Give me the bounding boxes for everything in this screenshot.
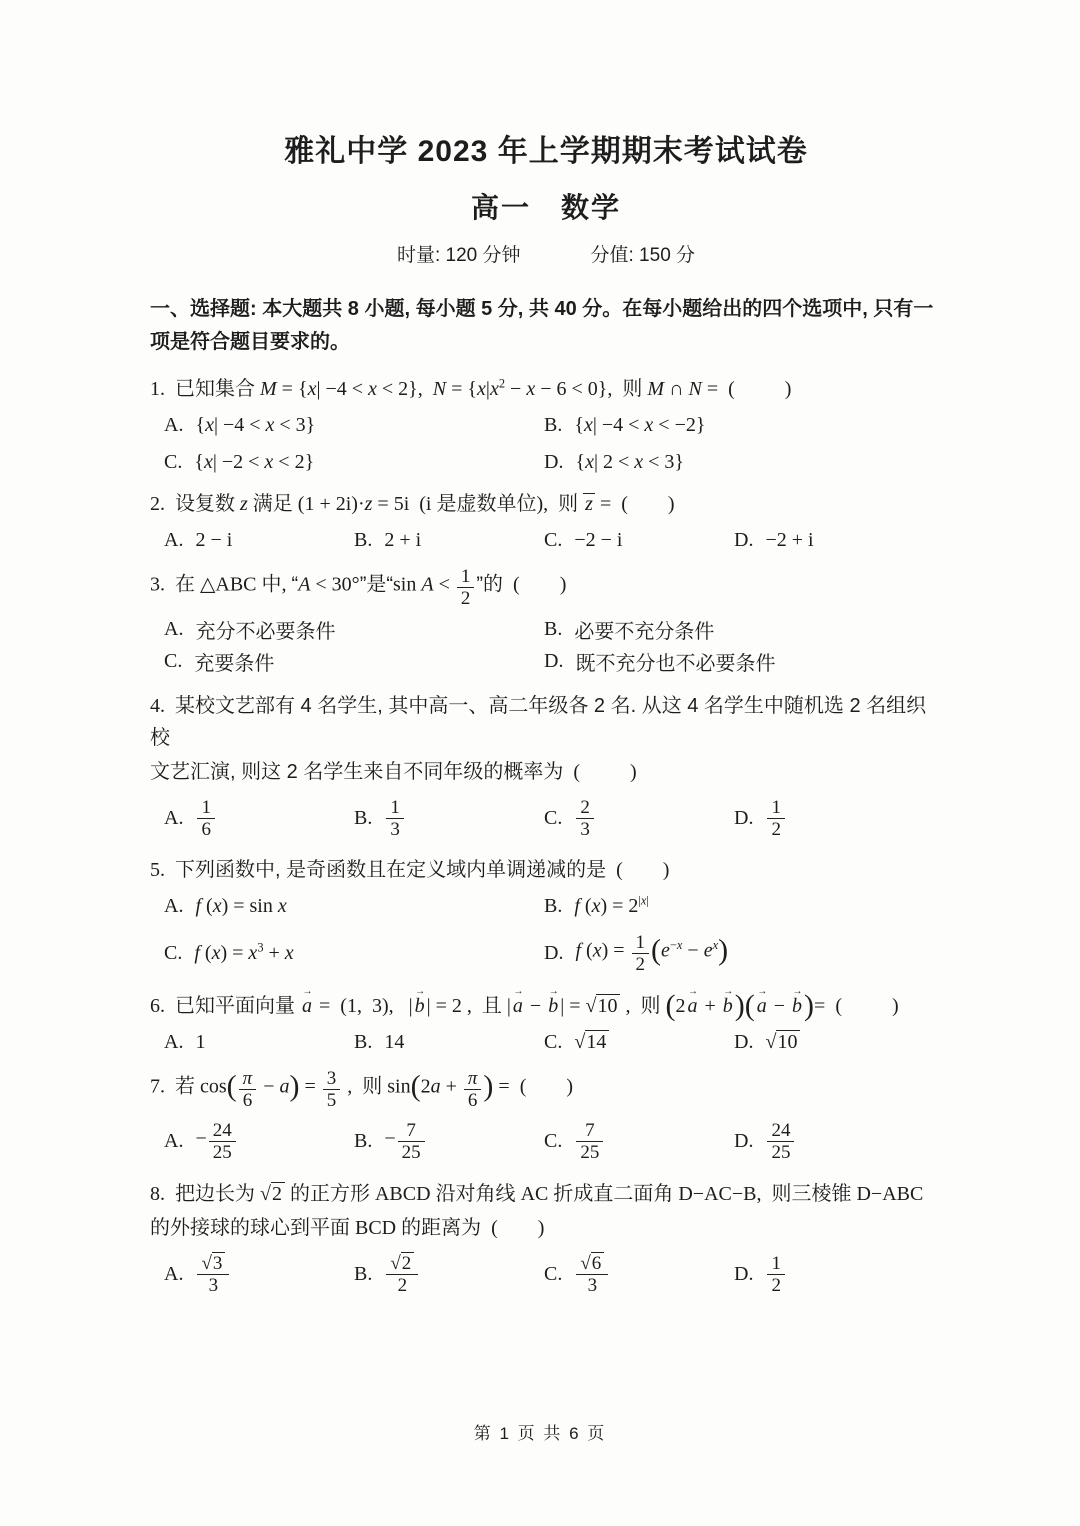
option-B: B.{x| −4 < x < −2}	[544, 414, 942, 437]
option-body: 2 − i	[195, 529, 232, 552]
option-B: B.2 + i	[354, 529, 544, 552]
option-C: C.√63	[544, 1253, 734, 1297]
option-label: D.	[544, 650, 563, 673]
question-stem: 文艺汇演, 则这 2 名学生来自不同年级的概率为 ( )	[150, 756, 942, 788]
questions-container: 1. 已知集合 M = {x| −4 < x < 2}, N = {x|x2 −…	[150, 373, 942, 1296]
exam-page: 雅礼中学 2023 年上学期期末考试试卷 高一 数学 时量: 120 分钟 分值…	[0, 0, 1080, 1526]
sqrt-expression: √10	[586, 990, 621, 1022]
option-label: A.	[164, 1263, 183, 1286]
option-body: −2425	[195, 1120, 237, 1164]
option-label: D.	[734, 1130, 753, 1153]
option-label: C.	[544, 1130, 562, 1153]
big-paren: (	[665, 989, 675, 1022]
options-grid: A.2 − iB.2 + iC.−2 − iD.−2 + i	[150, 529, 942, 552]
big-paren: (	[745, 989, 755, 1022]
option-body: {x| 2 < x < 3}	[575, 451, 684, 474]
vector-symbol: →b	[723, 990, 733, 1022]
option-C: C.725	[544, 1120, 734, 1164]
option-body: 既不充分也不必要条件	[575, 647, 775, 676]
fraction: √22	[386, 1253, 418, 1297]
option-label: A.	[164, 807, 183, 830]
options-grid: A.充分不必要条件B.必要不充分条件C.充要条件D.既不充分也不必要条件	[150, 615, 942, 676]
option-label: B.	[544, 618, 562, 641]
options-grid: A.{x| −4 < x < 3}B.{x| −4 < x < −2}C.{x|…	[150, 414, 942, 474]
section-line-2: 项是符合题目要求的。	[150, 331, 350, 353]
exam-subtitle: 高一 数学	[150, 186, 942, 226]
option-body: √14	[574, 1031, 609, 1054]
option-D: D.{x| 2 < x < 3}	[544, 451, 942, 474]
fraction: √33	[197, 1253, 229, 1297]
option-B: B.√22	[354, 1253, 544, 1297]
option-body: 12	[765, 1253, 787, 1297]
vector-arrow-icon: →	[415, 984, 425, 1000]
option-C: C.{x| −2 < x < 2}	[164, 451, 544, 474]
exam-score: 分值: 150 分	[591, 240, 696, 267]
vector-arrow-icon: →	[723, 984, 733, 1000]
option-D: D.−2 + i	[734, 529, 942, 552]
fraction: 12	[457, 566, 475, 610]
vector-symbol: →a	[687, 990, 697, 1022]
radical-sign: √	[574, 1031, 585, 1053]
question-stem: 8. 把边长为 √2 的正方形 ABCD 沿对角线 AC 折成直二面角 D−AC…	[150, 1178, 942, 1210]
option-B: B.13	[354, 797, 544, 841]
option-B: B.14	[354, 1031, 544, 1054]
option-body: √33	[195, 1253, 231, 1297]
option-C: C.充要条件	[164, 647, 544, 676]
radical-sign: √	[580, 1253, 590, 1274]
sqrt-expression: √6	[580, 1253, 604, 1274]
option-A: A.充分不必要条件	[164, 615, 544, 644]
fraction: 2425	[209, 1120, 236, 1164]
option-label: B.	[354, 529, 372, 552]
big-paren: (	[651, 934, 661, 967]
option-body: 充要条件	[194, 647, 274, 676]
options-grid: A.−2425B.−725C.725D.2425	[150, 1120, 942, 1164]
option-body: 13	[384, 797, 406, 841]
option-C: C.23	[544, 797, 734, 841]
big-paren: )	[483, 1069, 493, 1102]
radical-sign: √	[201, 1253, 211, 1274]
question-stem: 5. 下列函数中, 是奇函数且在定义域内单调递减的是 ( )	[150, 854, 942, 886]
option-label: A.	[164, 618, 183, 641]
option-A: A.2 − i	[164, 529, 354, 552]
option-A: A.16	[164, 797, 354, 841]
option-label: D.	[544, 451, 563, 474]
option-label: A.	[164, 895, 183, 918]
fraction: π6	[464, 1068, 482, 1112]
sqrt-expression: √2	[390, 1253, 414, 1274]
question-6: 6. 已知平面向量 →a = (1, 3), |→b| = 2 , 且 |→a …	[150, 990, 942, 1054]
question-stem: 1. 已知集合 M = {x| −4 < x < 2}, N = {x|x2 −…	[150, 373, 942, 405]
option-label: A.	[164, 1130, 183, 1153]
option-body: 2 + i	[384, 529, 421, 552]
radical-sign: √	[586, 995, 597, 1017]
option-body: √22	[384, 1253, 420, 1297]
fraction: 12	[632, 932, 650, 976]
question-8: 8. 把边长为 √2 的正方形 ABCD 沿对角线 AC 折成直二面角 D−AC…	[150, 1178, 942, 1297]
option-D: D.既不充分也不必要条件	[544, 647, 942, 676]
option-label: C.	[164, 650, 182, 673]
option-B: B.f (x) = 2|x|	[544, 895, 942, 918]
conjugate-symbol: z	[583, 493, 595, 515]
option-label: C.	[164, 942, 182, 965]
option-label: B.	[354, 807, 372, 830]
vector-symbol: →b	[548, 990, 558, 1022]
fraction: 16	[197, 797, 215, 841]
fraction: 12	[767, 797, 785, 841]
option-body: √10	[765, 1031, 800, 1054]
option-body: −2 − i	[574, 529, 622, 552]
option-label: A.	[164, 414, 183, 437]
option-C: C.√14	[544, 1031, 734, 1054]
option-label: C.	[544, 1031, 562, 1054]
big-paren: (	[411, 1069, 421, 1102]
option-body: f (x) = sin x	[195, 895, 286, 918]
question-1: 1. 已知集合 M = {x| −4 < x < 2}, N = {x|x2 −…	[150, 373, 942, 474]
sqrt-expression: √10	[765, 1031, 800, 1054]
vector-symbol: →a	[513, 990, 523, 1022]
option-label: B.	[354, 1263, 372, 1286]
option-body: −725	[384, 1120, 426, 1164]
options-grid: A.1B.14C.√14D.√10	[150, 1031, 942, 1054]
option-label: D.	[734, 807, 753, 830]
sqrt-expression: √3	[201, 1253, 225, 1274]
option-label: C.	[164, 451, 182, 474]
option-body: {x| −4 < x < 3}	[195, 414, 315, 437]
option-A: A.√33	[164, 1253, 354, 1297]
fraction: 13	[386, 797, 404, 841]
big-paren: (	[227, 1069, 237, 1102]
big-paren: )	[289, 1069, 299, 1102]
option-body: f (x) = 12(e−x − ex)	[575, 932, 728, 976]
exam-meta: 时量: 120 分钟 分值: 150 分	[150, 240, 942, 267]
option-label: B.	[544, 414, 562, 437]
option-A: A.{x| −4 < x < 3}	[164, 414, 544, 437]
radical-sign: √	[260, 1183, 271, 1205]
vector-arrow-icon: →	[688, 984, 698, 1000]
option-label: D.	[734, 529, 753, 552]
option-D: D.√10	[734, 1031, 942, 1054]
question-5: 5. 下列函数中, 是奇函数且在定义域内单调递减的是 ( )A.f (x) = …	[150, 854, 942, 976]
vector-symbol: →a	[302, 990, 312, 1022]
exam-title: 雅礼中学 2023 年上学期期末考试试卷	[150, 126, 942, 170]
option-A: A.1	[164, 1031, 354, 1054]
vector-arrow-icon: →	[757, 984, 767, 1000]
question-3: 3. 在 △ABC 中, “A < 30°”是“sin A < 12”的 ( )…	[150, 566, 942, 676]
option-label: A.	[164, 1031, 183, 1054]
fraction: 23	[576, 797, 594, 841]
question-stem: 4. 某校文艺部有 4 名学生, 其中高一、高二年级各 2 名. 从这 4 名学…	[150, 690, 942, 754]
option-body: {x| −4 < x < −2}	[574, 414, 705, 437]
option-body: 2425	[765, 1120, 796, 1164]
big-paren: )	[718, 934, 728, 967]
big-paren: )	[735, 989, 745, 1022]
option-body: √63	[574, 1253, 610, 1297]
vector-arrow-icon: →	[303, 984, 313, 1000]
question-stem: 6. 已知平面向量 →a = (1, 3), |→b| = 2 , 且 |→a …	[150, 990, 942, 1022]
option-D: D.f (x) = 12(e−x − ex)	[544, 932, 942, 976]
option-label: C.	[544, 807, 562, 830]
option-label: D.	[544, 942, 563, 965]
option-C: C.f (x) = x3 + x	[164, 942, 544, 965]
radical-sign: √	[390, 1253, 400, 1274]
question-2: 2. 设复数 z 满足 (1 + 2i)·z = 5i (i 是虚数单位), 则…	[150, 488, 942, 552]
option-body: 14	[384, 1031, 404, 1054]
question-stem: 3. 在 △ABC 中, “A < 30°”是“sin A < 12”的 ( )	[150, 566, 942, 610]
option-body: 充分不必要条件	[195, 615, 335, 644]
radical-sign: √	[765, 1031, 776, 1053]
section-line-1: 一、选择题: 本大题共 8 小题, 每小题 5 分, 共 40 分。在每小题给出…	[150, 298, 933, 320]
option-body: 725	[574, 1120, 605, 1164]
page-footer: 第 1 页 共 6 页	[0, 1419, 1080, 1444]
section-header: 一、选择题: 本大题共 8 小题, 每小题 5 分, 共 40 分。在每小题给出…	[150, 293, 942, 359]
option-body: −2 + i	[765, 529, 813, 552]
option-A: A.f (x) = sin x	[164, 895, 544, 918]
question-stem: 2. 设复数 z 满足 (1 + 2i)·z = 5i (i 是虚数单位), 则…	[150, 488, 942, 520]
option-body: 1	[195, 1031, 205, 1054]
option-B: B.−725	[354, 1120, 544, 1164]
big-paren: )	[804, 989, 814, 1022]
option-body: f (x) = 2|x|	[574, 895, 649, 918]
sqrt-expression: √2	[260, 1178, 285, 1210]
option-C: C.−2 − i	[544, 529, 734, 552]
fraction: 725	[398, 1120, 425, 1164]
vector-symbol: →b	[415, 990, 425, 1022]
fraction: 725	[576, 1120, 603, 1164]
option-D: D.12	[734, 797, 942, 841]
question-7: 7. 若 cos(π6 − a) = 35 , 则 sin(2a + π6) =…	[150, 1068, 942, 1164]
question-stem: 7. 若 cos(π6 − a) = 35 , 则 sin(2a + π6) =…	[150, 1068, 942, 1112]
fraction: π6	[239, 1068, 257, 1112]
option-label: C.	[544, 1263, 562, 1286]
option-label: D.	[734, 1263, 753, 1286]
option-label: D.	[734, 1031, 753, 1054]
option-label: A.	[164, 529, 183, 552]
question-4: 4. 某校文艺部有 4 名学生, 其中高一、高二年级各 2 名. 从这 4 名学…	[150, 690, 942, 841]
options-grid: A.√33B.√22C.√63D.12	[150, 1253, 942, 1297]
option-body: 23	[574, 797, 596, 841]
sqrt-expression: √14	[574, 1031, 609, 1054]
vector-arrow-icon: →	[549, 984, 559, 1000]
option-A: A.−2425	[164, 1120, 354, 1164]
vector-symbol: →a	[757, 990, 767, 1022]
option-body: 16	[195, 797, 217, 841]
vector-arrow-icon: →	[513, 984, 523, 1000]
fraction: 2425	[767, 1120, 794, 1164]
fraction: √63	[576, 1253, 608, 1297]
exam-duration: 时量: 120 分钟	[397, 240, 521, 267]
option-body: f (x) = x3 + x	[194, 942, 293, 965]
option-B: B.必要不充分条件	[544, 615, 942, 644]
options-grid: A.16B.13C.23D.12	[150, 797, 942, 841]
option-body: 必要不充分条件	[574, 615, 714, 644]
option-D: D.12	[734, 1253, 942, 1297]
fraction: 35	[323, 1068, 341, 1112]
option-label: B.	[544, 895, 562, 918]
option-body: {x| −2 < x < 2}	[194, 451, 314, 474]
option-body: 12	[765, 797, 787, 841]
option-label: B.	[354, 1130, 372, 1153]
fraction: 12	[767, 1253, 785, 1297]
vector-arrow-icon: →	[793, 984, 803, 1000]
option-label: C.	[544, 529, 562, 552]
vector-symbol: →b	[792, 990, 802, 1022]
question-stem: 的外接球的球心到平面 BCD 的距离为 ( )	[150, 1212, 942, 1244]
option-label: B.	[354, 1031, 372, 1054]
option-D: D.2425	[734, 1120, 942, 1164]
options-grid: A.f (x) = sin xB.f (x) = 2|x|C.f (x) = x…	[150, 895, 942, 976]
